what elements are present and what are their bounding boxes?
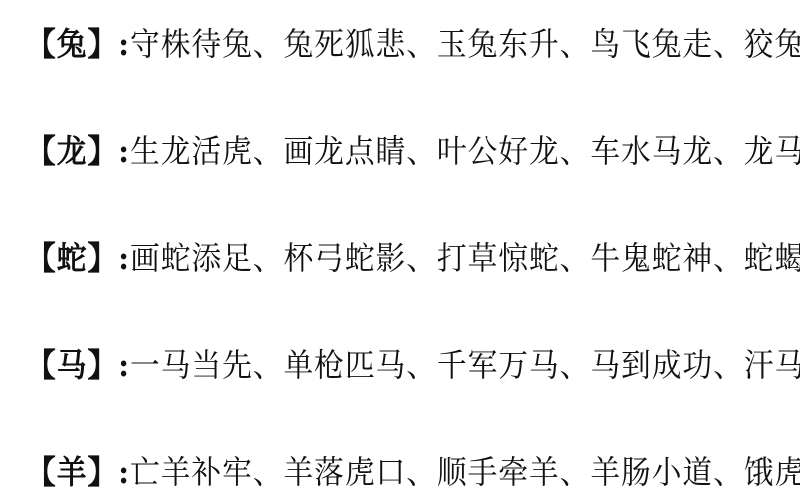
zodiac-label: 【马】: [26, 346, 130, 384]
idiom-list: 亡羊补牢、羊落虎口、顺手牵羊、羊肠小道、饿虎吞羊 [130, 453, 800, 491]
zodiac-label: 【蛇】: [26, 239, 130, 277]
idiom-list: 画蛇添足、杯弓蛇影、打草惊蛇、牛鬼蛇神、蛇蝎心肠 [130, 239, 800, 277]
idiom-line-snake: 【蛇】:画蛇添足、杯弓蛇影、打草惊蛇、牛鬼蛇神、蛇蝎心肠 [26, 238, 800, 278]
zodiac-label: 【兔】: [26, 25, 130, 63]
idiom-line-horse: 【马】:一马当先、单枪匹马、千军万马、马到成功、汗马功劳 [26, 345, 800, 385]
idiom-list: 守株待兔、兔死狐悲、玉兔东升、鸟飞兔走、狡兔三窟 [130, 25, 800, 63]
zodiac-label: 【龙】: [26, 132, 130, 170]
idiom-list: 生龙活虎、画龙点睛、叶公好龙、车水马龙、龙马精神 [130, 132, 800, 170]
idiom-line-rabbit: 【兔】:守株待兔、兔死狐悲、玉兔东升、鸟飞兔走、狡兔三窟 [26, 24, 800, 64]
idiom-line-sheep: 【羊】:亡羊补牢、羊落虎口、顺手牵羊、羊肠小道、饿虎吞羊 [26, 452, 800, 492]
idiom-line-dragon: 【龙】:生龙活虎、画龙点睛、叶公好龙、车水马龙、龙马精神 [26, 131, 800, 171]
document-page: 【兔】:守株待兔、兔死狐悲、玉兔东升、鸟飞兔走、狡兔三窟 【龙】:生龙活虎、画龙… [0, 0, 800, 500]
zodiac-label: 【羊】: [26, 453, 130, 491]
idiom-list: 一马当先、单枪匹马、千军万马、马到成功、汗马功劳 [130, 346, 800, 384]
